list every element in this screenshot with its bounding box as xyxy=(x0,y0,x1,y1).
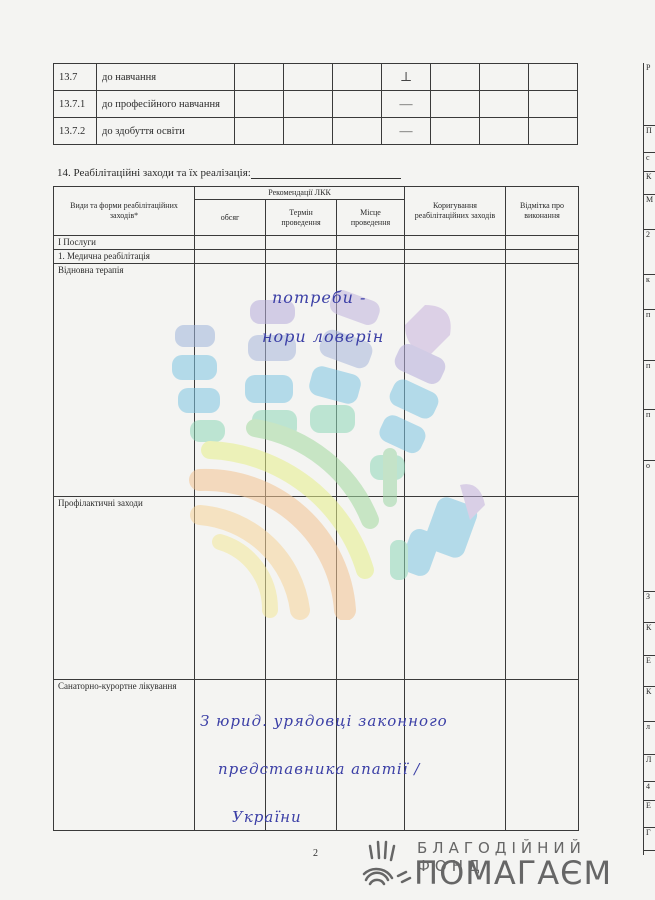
table-row: 13.7 до навчання ⊥ xyxy=(54,64,578,91)
logo-org-name: ПОМАГАЄМ xyxy=(414,854,612,892)
row-medical-rehab: 1. Медична реабілітація xyxy=(54,250,195,264)
page-number: 2 xyxy=(313,848,318,859)
handwriting-line: З юрид. урядовці законного xyxy=(200,712,448,730)
handwriting-line: потреби - xyxy=(272,288,366,307)
row-services: І Послуги xyxy=(54,236,195,250)
table-row: І Послуги xyxy=(54,236,579,250)
row-number: 13.7.2 xyxy=(54,118,97,145)
rehab-need-table: 13.7 до навчання ⊥ 13.7.1 до професійног… xyxy=(53,63,578,145)
header-volume: обсяг xyxy=(195,200,266,236)
document-page: 13.7 до навчання ⊥ 13.7.1 до професійног… xyxy=(0,0,655,900)
section-14-title: 14. Реабілітаційні заходи та їх реалізац… xyxy=(57,167,401,179)
header-completion: Відмітка про виконання xyxy=(506,187,579,236)
row-number: 13.7 xyxy=(54,64,97,91)
table-row: Санаторно-курортне лікування xyxy=(54,680,579,831)
header-recommendations: Рекомендації ЛКК xyxy=(195,187,405,200)
header-row: Види та форми реабілітаційних заходів* Р… xyxy=(54,187,579,200)
table-row: 13.7.1 до професійного навчання — xyxy=(54,91,578,118)
row-label: до навчання xyxy=(97,64,235,91)
row-preventive: Профілактичні заходи xyxy=(54,497,195,680)
row-label: до професійного навчання xyxy=(97,91,235,118)
row-mark: — xyxy=(382,118,431,145)
row-number: 13.7.1 xyxy=(54,91,97,118)
row-restorative-therapy: Відновна терапія xyxy=(54,264,195,497)
table-row: 13.7.2 до здобуття освіти — xyxy=(54,118,578,145)
row-label: до здобуття освіти xyxy=(97,118,235,145)
handwriting-line: України xyxy=(232,808,302,826)
table-row: Профілактичні заходи xyxy=(54,497,579,680)
row-sanatorium: Санаторно-курортне лікування xyxy=(54,680,195,831)
adjacent-page-edge: Р П с К М 2 к п п п о З К Е К л Л 4 Е Г xyxy=(643,63,655,855)
table-row: 1. Медична реабілітація xyxy=(54,250,579,264)
handwriting-line: представника апатії / xyxy=(218,760,420,778)
header-correction: Коригування реабілітаційних заходів xyxy=(405,187,506,236)
header-term: Термін проведення xyxy=(266,200,337,236)
handwriting-line: нори ловерін xyxy=(262,327,384,346)
header-types: Види та форми реабілітаційних заходів* xyxy=(54,187,195,236)
title-underline xyxy=(251,168,401,179)
row-mark: — xyxy=(382,91,431,118)
charity-logo: БЛАГОДІЙНИЙ ФОНД ПОМАГАЄМ xyxy=(362,836,655,896)
hand-fingerprint-icon xyxy=(362,836,414,896)
row-mark: ⊥ xyxy=(382,64,431,91)
rehab-measures-table: Види та форми реабілітаційних заходів* Р… xyxy=(53,186,579,831)
header-place: Місце проведення xyxy=(337,200,405,236)
